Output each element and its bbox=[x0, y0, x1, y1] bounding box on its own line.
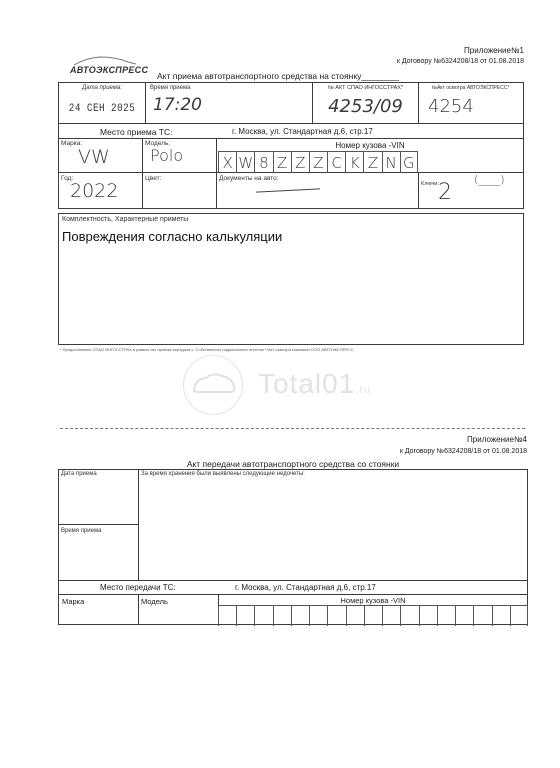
vin-label: Номер кузова -VIN bbox=[216, 141, 524, 150]
handover-date-label: Дата приема bbox=[61, 471, 97, 477]
equipment-box[interactable]: Комплектность, Характерные приметы Повре… bbox=[58, 213, 524, 345]
handover-brand-label: Марка bbox=[62, 597, 84, 606]
defects-label: За время хранения были выявлены следующи… bbox=[141, 471, 305, 477]
vin-empty-cell[interactable] bbox=[327, 606, 345, 626]
vin-char-cell[interactable]: Z bbox=[291, 152, 309, 173]
date-label: Дата приема: bbox=[59, 85, 145, 91]
vin-empty-cell[interactable] bbox=[236, 606, 254, 626]
vin-char-cell[interactable]: C bbox=[327, 152, 345, 173]
handover-time-field[interactable] bbox=[59, 537, 137, 579]
defects-field[interactable] bbox=[140, 480, 526, 579]
vin-empty-cell[interactable] bbox=[218, 606, 236, 626]
autoexpress-act-label: №Акт осмотра АВТОЭКСПРЕСС* bbox=[418, 85, 523, 91]
documents-label: Документы на авто: bbox=[219, 175, 279, 182]
cut-line bbox=[60, 428, 525, 429]
vin-empty-cell[interactable] bbox=[364, 606, 382, 626]
handover-vin-label: Номер кузова -VIN bbox=[218, 596, 528, 605]
vin-empty-cell[interactable] bbox=[400, 606, 418, 626]
handover-model-label: Модель bbox=[141, 597, 168, 606]
keys-value[interactable]: 2 bbox=[438, 180, 452, 205]
watermark-main: Total01 bbox=[258, 368, 355, 399]
watermark-car-icon bbox=[190, 370, 240, 398]
autoexpress-act-value: 4254 bbox=[428, 96, 474, 117]
vin-char-cell[interactable]: Z bbox=[363, 152, 381, 173]
keys-extra: (____) bbox=[474, 173, 505, 186]
vin-char-cell[interactable]: G bbox=[400, 152, 418, 173]
vin-char-cell[interactable]: K bbox=[345, 152, 363, 173]
date-stamp: 24 СЕН 2025 bbox=[65, 103, 138, 115]
place-label: Место приема ТС: bbox=[100, 127, 172, 137]
ingos-act-cell[interactable]: № АКТ СПАО ИНГОССТРАХ* 4253/09 bbox=[312, 82, 419, 124]
vin-empty-cell[interactable] bbox=[382, 606, 400, 626]
vin-input-cells[interactable]: XW8ZZZCKZNG bbox=[218, 151, 418, 173]
vin-empty-cell[interactable] bbox=[437, 606, 455, 626]
vin-empty-cell[interactable] bbox=[455, 606, 473, 626]
time-cell[interactable]: Время приема 17:20 bbox=[145, 82, 313, 124]
contract-reference-4: к Договору №6324208/18 от 01.08.2018 bbox=[300, 448, 527, 455]
handover-place-label: Место передачи ТС: bbox=[100, 583, 176, 592]
logo-text: АВТОЭКСПРЕСС bbox=[70, 65, 148, 75]
vin-empty-cell[interactable] bbox=[254, 606, 272, 626]
equipment-value: Повреждения согласно калькуляции bbox=[62, 229, 282, 244]
handover-time-label: Время приема bbox=[61, 528, 101, 534]
ingos-act-label: № АКТ СПАО ИНГОССТРАХ* bbox=[313, 85, 418, 91]
color-label: Цвет: bbox=[145, 175, 161, 182]
form1-title-blank: ________ bbox=[361, 71, 399, 81]
vin-char-cell[interactable]: N bbox=[382, 152, 400, 173]
keys-label: Ключи: bbox=[421, 181, 439, 187]
form1-title: Акт приема автотранспортного средства на… bbox=[157, 71, 399, 81]
date-cell[interactable]: Дата приема: 24 СЕН 2025 bbox=[58, 82, 146, 124]
brand-value[interactable]: VW bbox=[78, 146, 110, 168]
vin-char-cell[interactable]: Z bbox=[273, 152, 291, 173]
form1-title-text: Акт приема автотранспортного средства на… bbox=[157, 71, 361, 81]
handover-date-field[interactable] bbox=[59, 480, 137, 523]
vin-empty-cell[interactable] bbox=[510, 606, 528, 626]
time-value: 17:20 bbox=[153, 95, 202, 115]
handover-vin-cells[interactable] bbox=[218, 605, 528, 626]
handover-place-value: г. Москва, ул. Стандартная д.6, стр.17 bbox=[235, 583, 376, 592]
footnote: * Предоставлено СПАО ИНГОССТРАХ в рамках… bbox=[60, 347, 430, 352]
vin-empty-cell[interactable] bbox=[492, 606, 510, 626]
vin-empty-cell[interactable] bbox=[419, 606, 437, 626]
vin-empty-cell[interactable] bbox=[273, 606, 291, 626]
vin-empty-cell[interactable] bbox=[309, 606, 327, 626]
year-value[interactable]: 2022 bbox=[70, 180, 118, 202]
autoexpress-logo: АВТОЭКСПРЕСС bbox=[70, 60, 140, 74]
place-value: г. Москва, ул. Стандартная д.6, стр.17 bbox=[232, 127, 373, 136]
ingos-act-value: 4253/09 bbox=[313, 96, 418, 117]
watermark-text: Total01.ru bbox=[258, 368, 371, 400]
vin-empty-cell[interactable] bbox=[291, 606, 309, 626]
form4-title: Акт передачи автотранспортного средства … bbox=[58, 459, 528, 469]
watermark-suffix: .ru bbox=[355, 384, 371, 396]
vin-empty-cell[interactable] bbox=[473, 606, 491, 626]
contract-reference-1: к Договору №6324208/18 от 01.08.2018 bbox=[300, 58, 524, 65]
vin-char-cell[interactable]: W bbox=[236, 152, 254, 173]
vin-char-cell[interactable]: Z bbox=[309, 152, 327, 173]
vin-empty-cell[interactable] bbox=[346, 606, 364, 626]
autoexpress-act-cell[interactable]: №Акт осмотра АВТОЭКСПРЕСС* 4254 bbox=[418, 82, 524, 124]
vin-char-cell[interactable]: X bbox=[218, 152, 236, 173]
appendix-4-label: Приложение№4 bbox=[300, 435, 527, 444]
vin-char-cell[interactable]: 8 bbox=[254, 152, 272, 173]
equipment-label: Комплектность, Характерные приметы bbox=[62, 216, 188, 223]
appendix-1-label: Приложение№1 bbox=[300, 46, 524, 55]
model-value[interactable]: Polo bbox=[150, 146, 183, 165]
time-label: Время приема bbox=[150, 85, 190, 91]
